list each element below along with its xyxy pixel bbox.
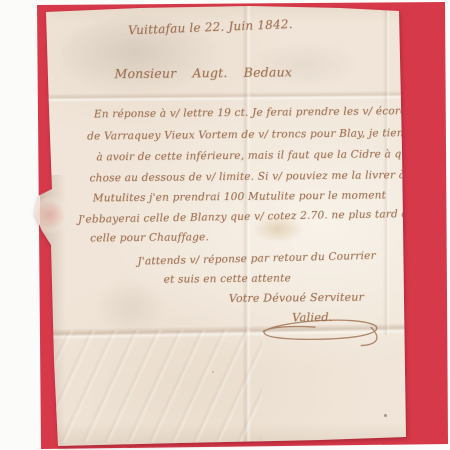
signature-flourish	[257, 313, 383, 352]
letter-date-line: Vuittafau le 22. Juin 1842.	[128, 17, 293, 37]
letter-closing-line: et suis en cette attente	[164, 272, 291, 285]
letter-body-line: En réponse à v/ lettre 19 ct. Je ferai p…	[94, 105, 418, 120]
letter-body-line: de Varraquey Vieux Vortem de v/ troncs p…	[87, 127, 409, 142]
letter-paper: Vuittafau le 22. Juin 1842. Monsieur Aug…	[0, 0, 450, 450]
letter-closing-line: J'attends v/ réponse par retour du Courr…	[137, 250, 376, 268]
paper-shadow-wrapper: Vuittafau le 22. Juin 1842. Monsieur Aug…	[0, 0, 450, 450]
letter-body-line: à avoir de cette inférieure, mais il fau…	[96, 148, 438, 164]
letter-closing-line: Votre Dévoué Serviteur	[229, 291, 364, 305]
letter-body-line: chose au dessous de v/ limite. Si v/ pou…	[89, 169, 426, 185]
letter-body-line: Mutulites j'en prendrai 100 Mutulite pou…	[93, 189, 386, 204]
handwritten-text-layer: Vuittafau le 22. Juin 1842. Monsieur Aug…	[0, 0, 450, 450]
letter-salutation: Monsieur Augt. Bedaux	[114, 64, 292, 81]
letter-body-line: J'ebbayerai celle de Blanzy que v/ cotez…	[78, 208, 415, 226]
letter-body-line: celle pour Chauffage.	[90, 231, 209, 244]
